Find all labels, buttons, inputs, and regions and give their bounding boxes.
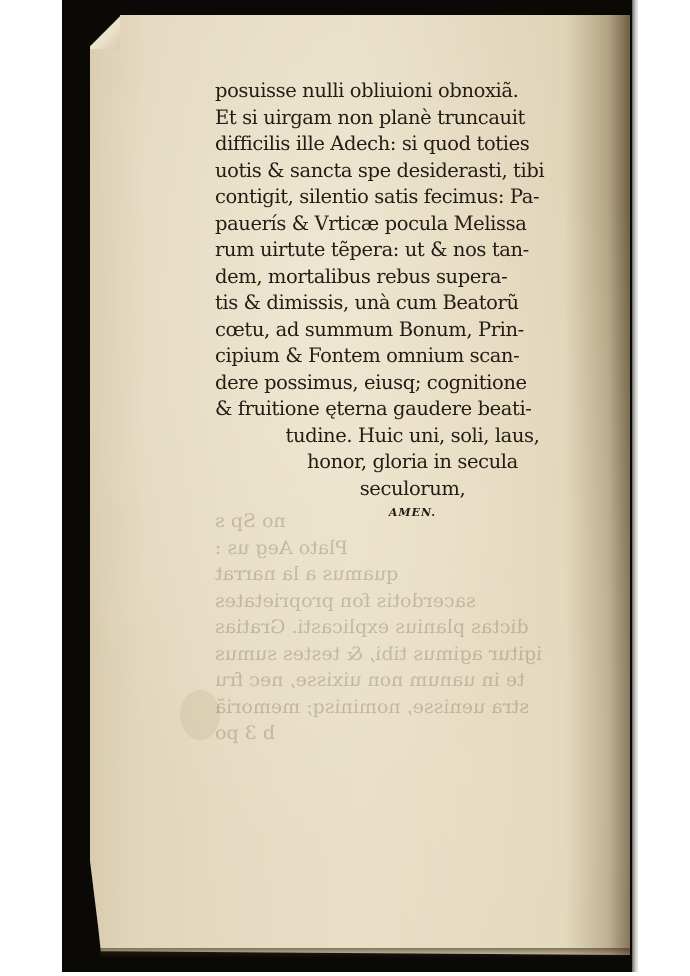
text-line: posuisse nulli obliuioni obnoxiã.	[215, 78, 615, 105]
folded-corner	[90, 15, 120, 49]
text-line: uotis & sancta spe desiderasti, tibi	[215, 158, 615, 185]
text-line: & fruitione ęterna gaudere beati-	[215, 396, 615, 423]
bleed-line: quamus a la narrat	[215, 561, 620, 588]
bleed-line: igitur agimus tibi, & testes sumus	[215, 641, 620, 668]
amen-text: AMEN.	[215, 500, 610, 527]
bleed-line: dictas planius explicasti. Gratias	[215, 614, 620, 641]
text-line: dem, mortalibus rebus supera-	[215, 264, 615, 291]
bleed-line: b 3 po	[215, 720, 620, 747]
text-line: cœtu, ad summum Bonum, Prin-	[215, 317, 615, 344]
bleed-through-text: no Sp s Plato Aeg us : quamus a la narra…	[215, 508, 620, 747]
paper-stain	[180, 690, 220, 740]
text-line: contigit, silentio satis fecimus: Pa-	[215, 184, 615, 211]
bleed-line: Plato Aeg us :	[215, 535, 620, 562]
closing-line: tudine. Huic uni, soli, laus,	[215, 423, 610, 450]
main-text-block: posuisse nulli obliuioni obnoxiã. Et si …	[215, 78, 615, 527]
text-line: difficilis ille Adech: si quod toties	[215, 131, 615, 158]
page-bottom-shadow	[100, 948, 630, 958]
text-line: rum uirtute tẽpera: ut & nos tan-	[215, 237, 615, 264]
text-line: Et si uirgam non planè truncauit	[215, 105, 615, 132]
text-line: pauerís & Vrticæ pocula Melissa	[215, 211, 615, 238]
scan-edge	[632, 0, 638, 972]
text-line: cipium & Fontem omnium scan-	[215, 343, 615, 370]
bleed-line: sacerdotis fon proprietates	[215, 588, 620, 615]
closing-line: honor, gloria in secula	[215, 449, 610, 476]
bleed-line: stra uenisse, nominisq; memoriã	[215, 694, 620, 721]
text-line: dere possimus, eiusq; cognitione	[215, 370, 615, 397]
bleed-line: te in uanum non uixisse, nec fru	[215, 667, 620, 694]
closing-line: seculorum,	[215, 476, 610, 503]
text-line: tis & dimissis, unà cum Beatorũ	[215, 290, 615, 317]
